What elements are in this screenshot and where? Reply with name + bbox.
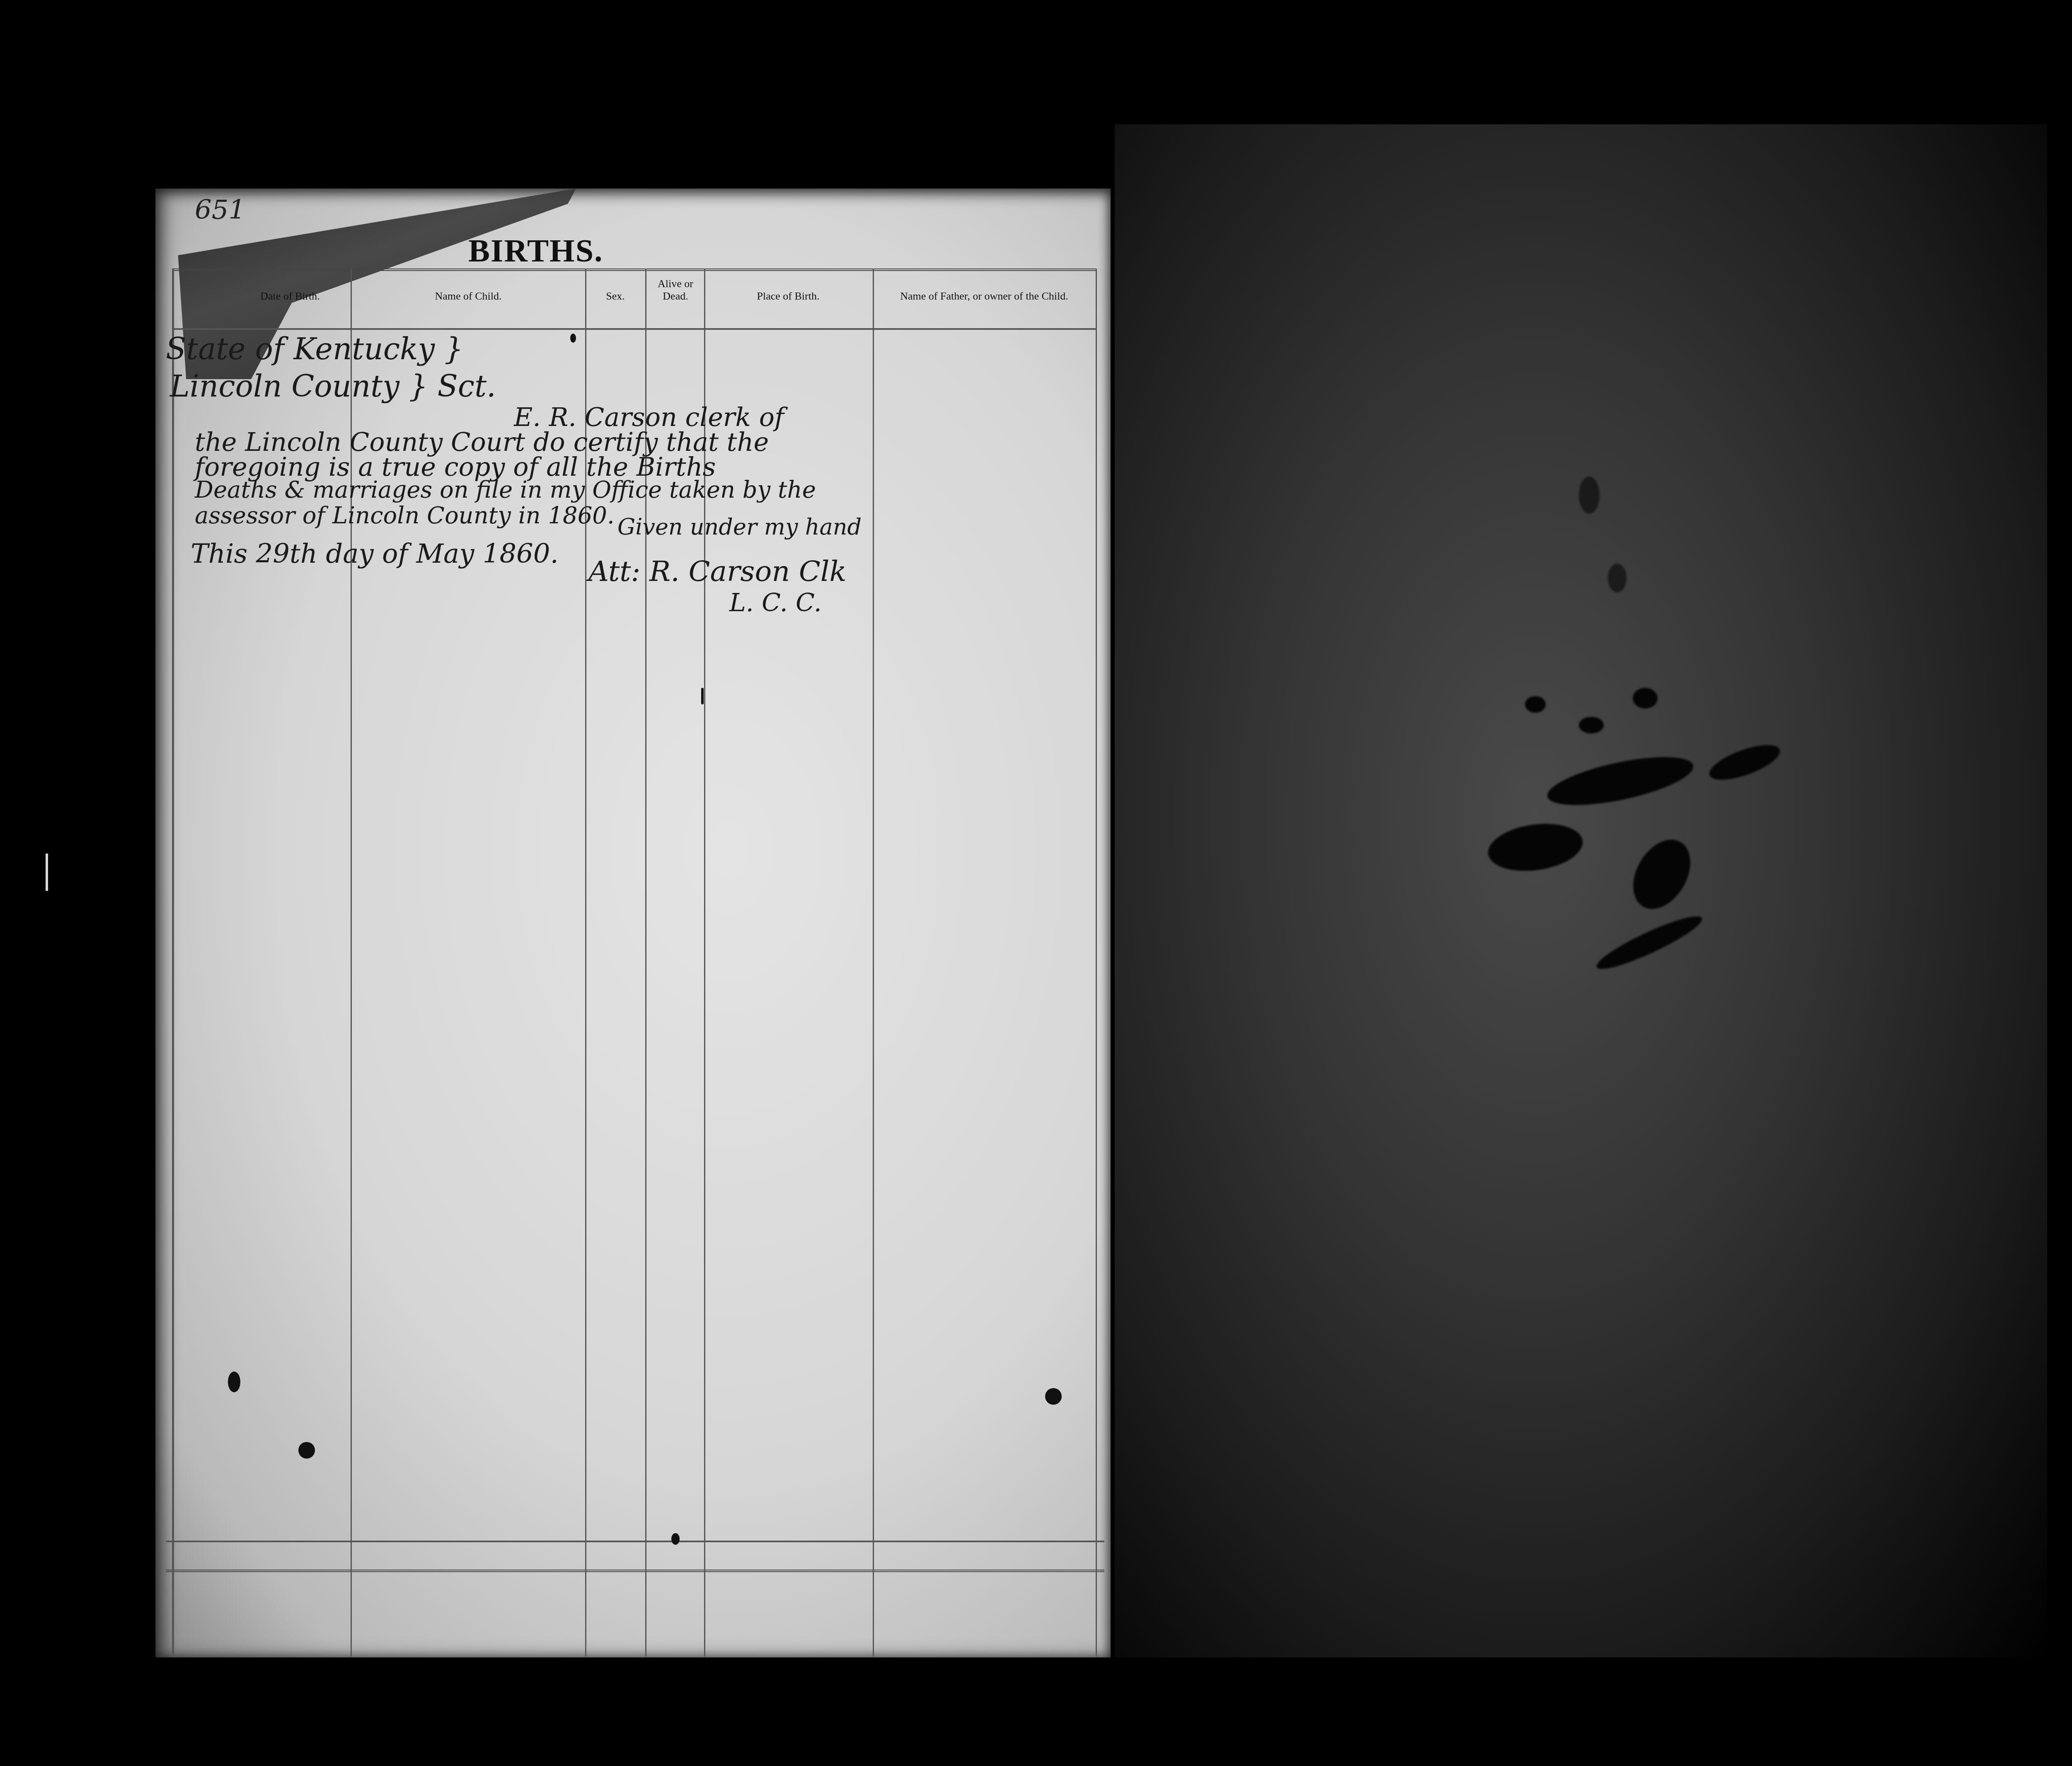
clerk-signature: Att: R. Carson Clk <box>588 555 847 588</box>
ink-stain <box>1622 830 1702 919</box>
page-number: 651 <box>195 195 245 225</box>
certificate-line: Lincoln County } Sct. <box>170 369 496 404</box>
column-divider <box>873 269 874 1657</box>
ink-stain <box>1593 909 1706 977</box>
column-header-father: Name of Father, or owner of the Child. <box>874 290 1094 302</box>
ink-blot <box>1045 1388 1062 1405</box>
ink-stain <box>1579 477 1600 514</box>
ink-stain <box>1485 818 1585 877</box>
ink-stain <box>1608 564 1627 593</box>
certificate-line: assessor of Lincoln County in 1860. <box>195 502 615 529</box>
column-header-date: Date of Birth. <box>232 290 348 302</box>
certificate-line: State of Kentucky } <box>166 331 463 366</box>
ink-blot <box>671 1533 680 1545</box>
ink-stain <box>1633 688 1658 709</box>
footer-rule <box>166 1541 1104 1542</box>
ink-blot <box>228 1372 240 1392</box>
ink-stain <box>1544 748 1697 815</box>
column-header-alive: Alive or Dead. <box>655 278 696 302</box>
column-header-name: Name of Child. <box>352 290 584 302</box>
column-header-place: Place of Birth. <box>705 290 871 302</box>
column-divider <box>172 269 174 1657</box>
ink-blot <box>701 688 704 704</box>
column-header-sex: Sex. <box>586 290 644 302</box>
clerk-title: L. C. C. <box>729 588 822 617</box>
ink-blot <box>298 1442 315 1459</box>
column-divider <box>1096 269 1097 1657</box>
certificate-date: This 29th day of May 1860. <box>191 539 559 569</box>
header-top-rule <box>172 269 1096 271</box>
back-cover <box>1115 124 2047 1657</box>
ink-blot <box>570 334 576 343</box>
film-edge-mark <box>46 854 48 891</box>
certificate-given: Given under my hand <box>617 514 862 540</box>
ink-stain <box>1579 717 1604 733</box>
footer-rule-double <box>166 1570 1104 1572</box>
ink-stain <box>1525 696 1546 713</box>
header-bottom-rule <box>172 328 1096 330</box>
certificate-line: Deaths & marriages on file in my Office … <box>195 477 816 503</box>
page-title: BIRTHS. <box>468 232 603 269</box>
ink-stain <box>1705 738 1784 787</box>
